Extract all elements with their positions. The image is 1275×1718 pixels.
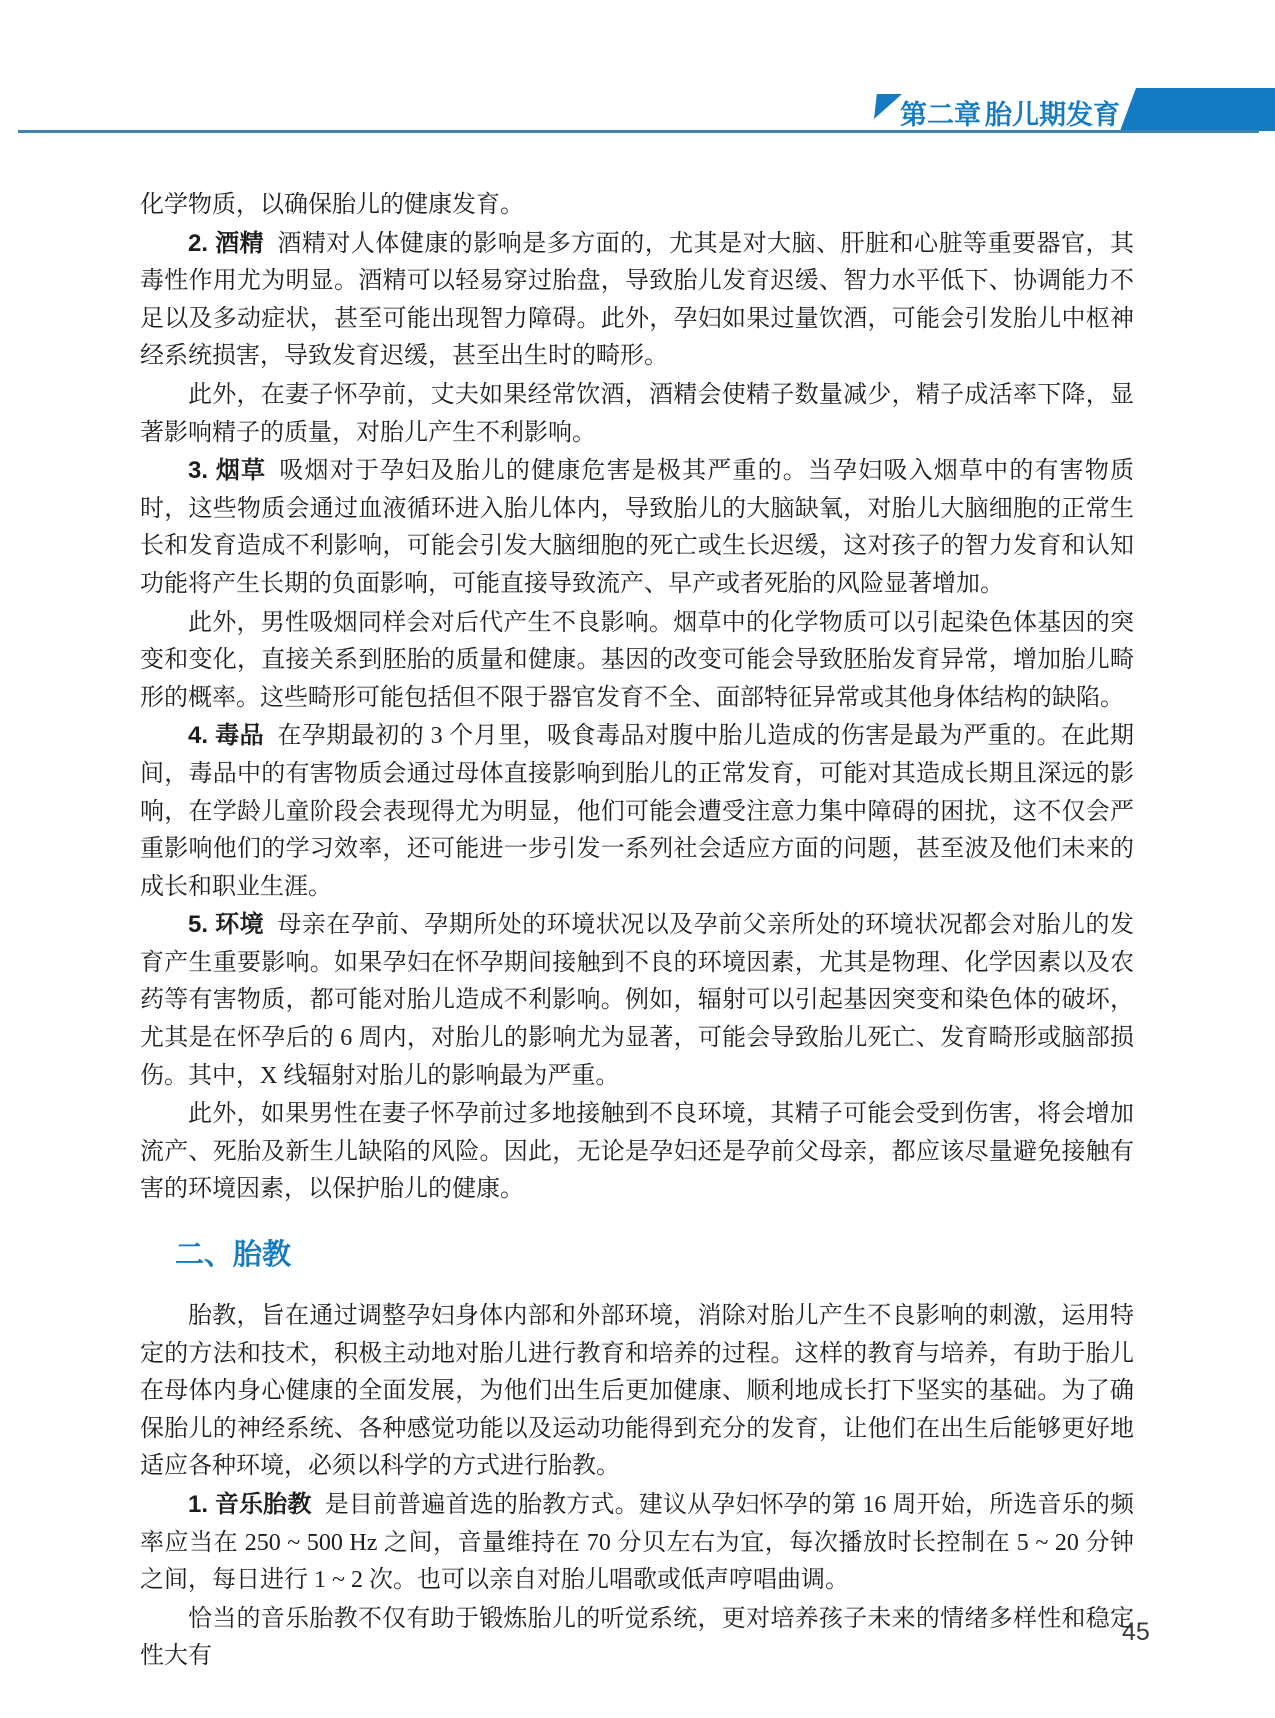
paragraph-text: 此外，如果男性在妻子怀孕前过多地接触到不良环境，其精子可能会受到伤害，将会增加流… (140, 1101, 1134, 1202)
paragraph-lead: 4. 毒品 (188, 722, 264, 749)
paragraph-lead: 3. 烟草 (188, 457, 266, 484)
chapter-label: 第二章 (900, 93, 981, 132)
paragraph-tobacco-father: 此外，男性吸烟同样会对后代产生不良影响。烟草中的化学物质可以引起染色体基因的突变… (140, 604, 1134, 718)
paragraph-music-taijiao: 1. 音乐胎教是目前普遍首选的胎教方式。建议从孕妇怀孕的第 16 周开始，所选音… (140, 1486, 1134, 1600)
paragraph-alcohol-father: 此外，在妻子怀孕前，丈夫如果经常饮酒，酒精会使精子数量减少，精子成活率下降，显著… (140, 376, 1134, 452)
paragraph-drugs: 4. 毒品在孕期最初的 3 个月里，吸食毒品对腹中胎儿造成的伤害是最为严重的。在… (140, 717, 1134, 906)
paragraph-taijiao-intro: 胎教，旨在通过调整孕妇身体内部和外部环境，消除对胎儿产生不良影响的刺激，运用特定… (140, 1297, 1134, 1486)
paragraph-lead: 5. 环境 (188, 911, 264, 938)
paragraph-text: 胎教，旨在通过调整孕妇身体内部和外部环境，消除对胎儿产生不良影响的刺激，运用特定… (140, 1303, 1134, 1479)
paragraph-continuation: 化学物质，以确保胎儿的健康发育。 (140, 186, 1134, 225)
paragraph-text: 恰当的音乐胎教不仅有助于锻炼胎儿的听觉系统，更对培养孩子未来的情绪多样性和稳定性… (140, 1606, 1134, 1670)
paragraph-lead: 1. 音乐胎教 (188, 1491, 312, 1518)
paragraph-music-benefit: 恰当的音乐胎教不仅有助于锻炼胎儿的听觉系统，更对培养孩子未来的情绪多样性和稳定性… (140, 1600, 1134, 1676)
paragraph-text: 此外，男性吸烟同样会对后代产生不良影响。烟草中的化学物质可以引起染色体基因的突变… (140, 610, 1134, 711)
paragraph-text: 此外，在妻子怀孕前，丈夫如果经常饮酒，酒精会使精子数量减少，精子成活率下降，显著… (140, 382, 1134, 446)
paragraph-text: 母亲在孕前、孕期所处的环境状况以及孕前父亲所处的环境状况都会对胎儿的发育产生重要… (140, 912, 1134, 1088)
header-rule-line (18, 130, 1259, 133)
banner-corner-triangle-icon (874, 94, 902, 119)
page-body-text: 化学物质，以确保胎儿的健康发育。 2. 酒精酒精对人体健康的影响是多方面的，尤其… (140, 186, 1134, 1676)
page-number: 45 (1122, 1618, 1150, 1647)
paragraph-environment: 5. 环境母亲在孕前、孕期所处的环境状况以及孕前父亲所处的环境状况都会对胎儿的发… (140, 906, 1134, 1095)
page-header: 第二章胎儿期发育 (0, 0, 1275, 135)
banner-accent-block (1120, 88, 1275, 131)
section-heading-taijiao: 二、胎教 (175, 1235, 1134, 1275)
chapter-title: 胎儿期发育 (985, 93, 1120, 132)
paragraph-text: 酒精对人体健康的影响是多方面的，尤其是对大脑、肝脏和心脏等重要器官，其毒性作用尤… (140, 231, 1134, 370)
paragraph-text: 吸烟对于孕妇及胎儿的健康危害是极其严重的。当孕妇吸入烟草中的有害物质时，这些物质… (140, 458, 1134, 597)
paragraph-text: 在孕期最初的 3 个月里，吸食毒品对腹中胎儿造成的伤害是最为严重的。在此期间，毒… (140, 723, 1134, 899)
paragraph-lead: 2. 酒精 (188, 230, 264, 257)
chapter-banner-title: 第二章胎儿期发育 (900, 93, 1120, 131)
paragraph-tobacco: 3. 烟草吸烟对于孕妇及胎儿的健康危害是极其严重的。当孕妇吸入烟草中的有害物质时… (140, 452, 1134, 603)
paragraph-alcohol: 2. 酒精酒精对人体健康的影响是多方面的，尤其是对大脑、肝脏和心脏等重要器官，其… (140, 225, 1134, 376)
paragraph-environment-father: 此外，如果男性在妻子怀孕前过多地接触到不良环境，其精子可能会受到伤害，将会增加流… (140, 1095, 1134, 1209)
paragraph-text: 化学物质，以确保胎儿的健康发育。 (140, 192, 524, 218)
